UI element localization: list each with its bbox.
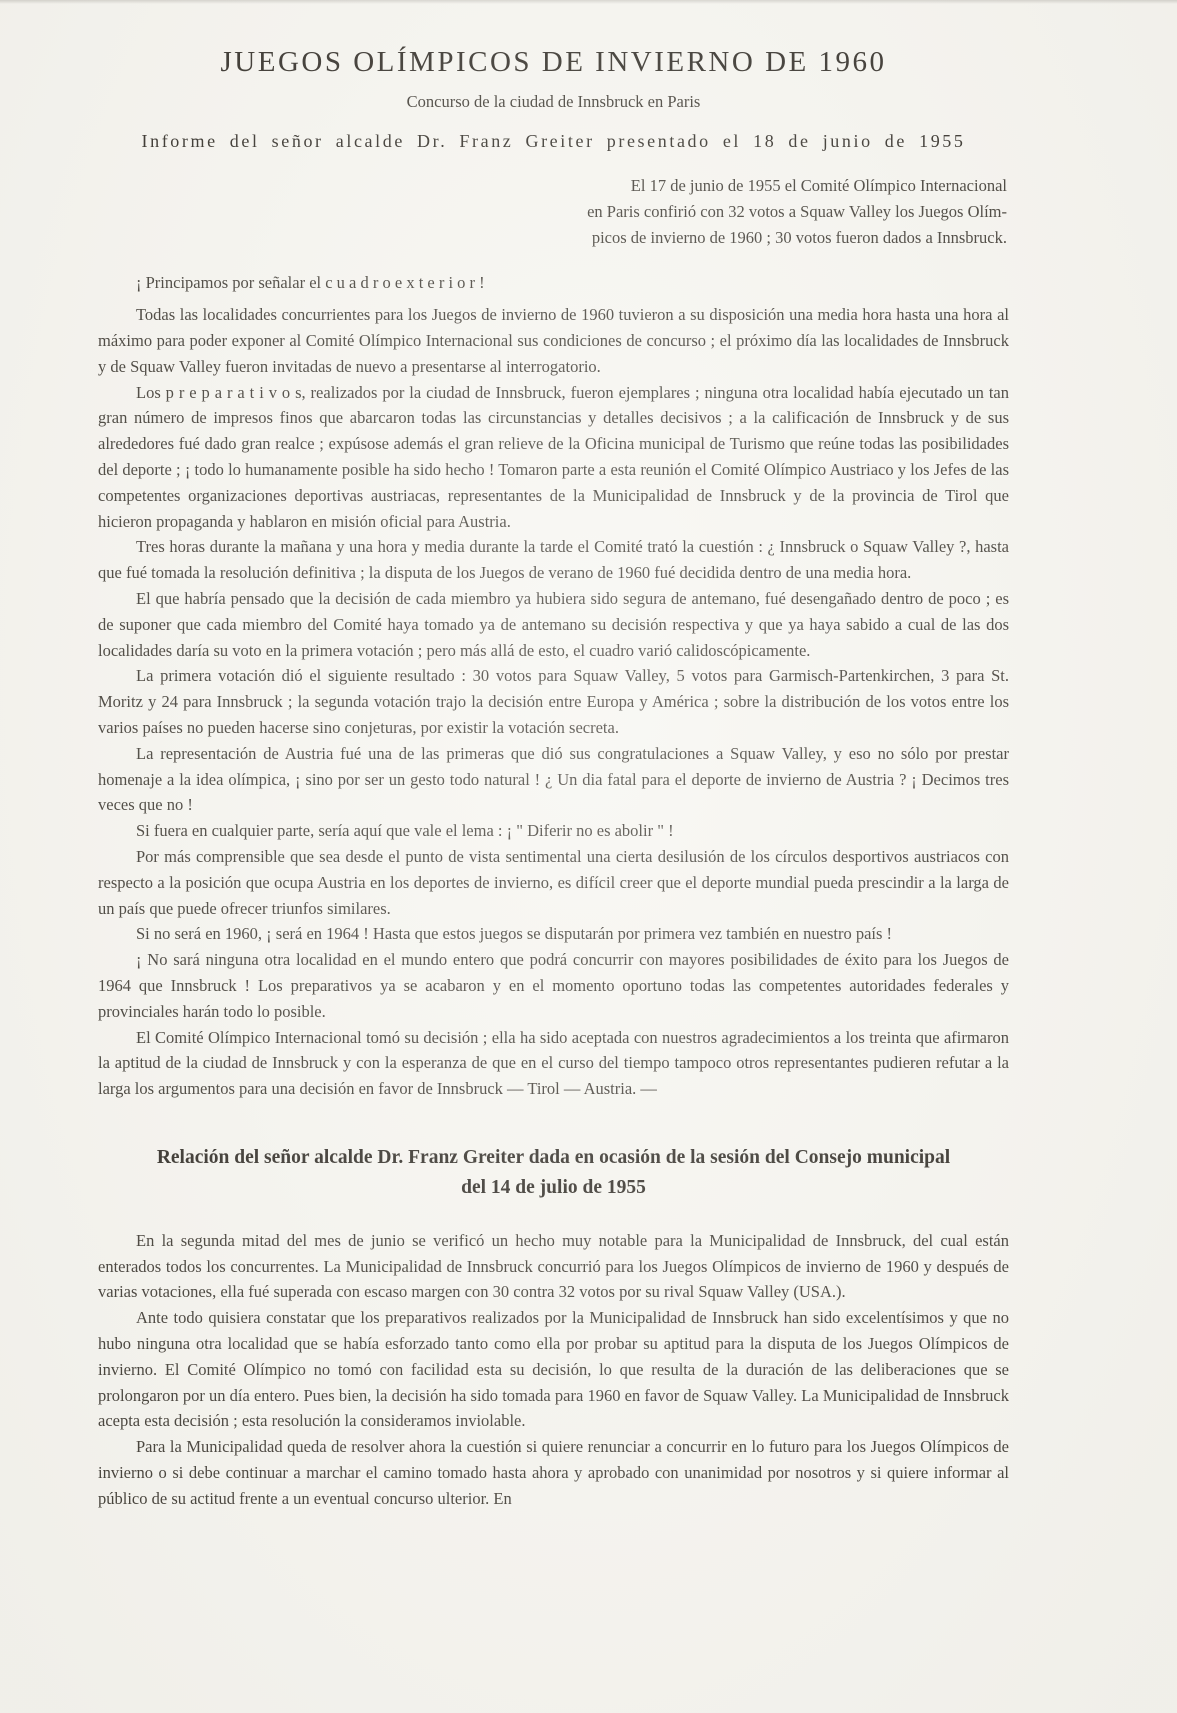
paragraph: Para la Municipalidad queda de resolver … [98,1434,1009,1511]
paragraph: Si fuera en cualquier parte, sería aquí … [98,818,1009,844]
session-heading-line: del 14 de julio de 1955 [98,1173,1009,1203]
paragraph: El Comité Olímpico Internacional tomó su… [98,1025,1009,1102]
paragraph: El que habría pensado que la decisión de… [98,586,1009,663]
report-heading: Informe del señor alcalde Dr. Franz Grei… [98,131,1009,152]
session-heading-line: Relación del señor alcalde Dr. Franz Gre… [98,1143,1009,1173]
session-heading: Relación del señor alcalde Dr. Franz Gre… [98,1143,1009,1203]
page-subtitle: Concurso de la ciudad de Innsbruck en Pa… [98,92,1009,112]
intro-note: El 17 de junio de 1955 el Comité Olímpic… [98,173,1007,250]
page-title: JUEGOS OLÍMPICOS DE INVIERNO DE 1960 [98,46,1009,79]
intro-note-line: El 17 de junio de 1955 el Comité Olímpic… [98,173,1007,199]
paragraph: Ante todo quisiera constatar que los pre… [98,1305,1009,1434]
report-body: Todas las localidades concurrientes para… [98,302,1009,1102]
paragraph: Si no será en 1960, ¡ será en 1964 ! Has… [98,921,1009,947]
session-body: En la segunda mitad del mes de junio se … [98,1228,1009,1512]
intro-note-line: picos de invierno de 1960 ; 30 votos fue… [98,225,1007,251]
paragraph: ¡ No sará ninguna otra localidad en el m… [98,947,1009,1024]
lead-line: ¡ Principamos por señalar el c u a d r o… [98,270,1009,296]
paragraph: La representación de Austria fué una de … [98,741,1009,818]
paragraph: La primera votación dió el siguiente res… [98,663,1009,740]
paragraph: Todas las localidades concurrientes para… [98,302,1009,379]
paragraph: Por más comprensible que sea desde el pu… [98,844,1009,921]
paragraph: En la segunda mitad del mes de junio se … [98,1228,1009,1305]
paragraph: Los p r e p a r a t i v o s, realizados … [98,380,1009,535]
scanned-page: JUEGOS OLÍMPICOS DE INVIERNO DE 1960 Con… [0,0,1177,1713]
paragraph: Tres horas durante la mañana y una hora … [98,534,1009,586]
intro-note-line: en Paris confirió con 32 votos a Squaw V… [98,199,1007,225]
